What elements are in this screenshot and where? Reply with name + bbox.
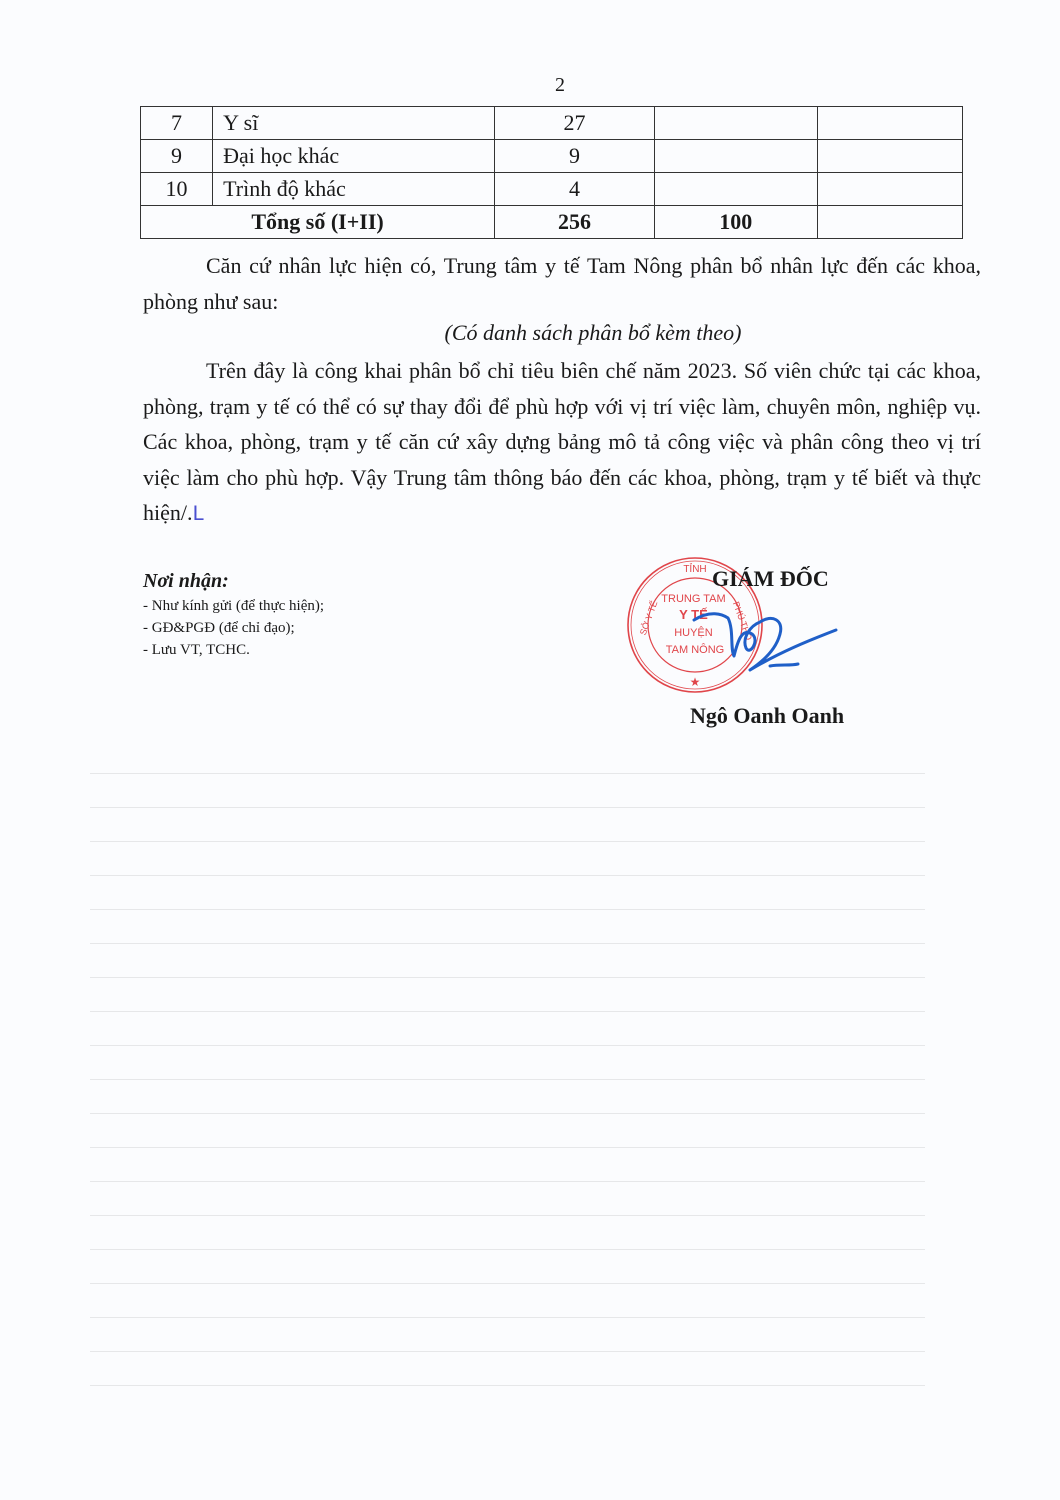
- total-note: [817, 206, 962, 239]
- handwritten-signature-icon: [690, 600, 840, 675]
- table-total-row: Tổng số (I+II) 256 100: [141, 206, 963, 239]
- row-name: Y sĩ: [213, 107, 495, 140]
- svg-text:TỈNH: TỈNH: [683, 562, 706, 575]
- recipient-item: - GĐ&PGĐ (để chỉ đạo);: [143, 617, 324, 639]
- page-number: 2: [0, 74, 1060, 97]
- svg-text:★: ★: [690, 675, 701, 689]
- handwritten-mark-icon: ᒪ: [193, 501, 204, 525]
- recipients-block: Nơi nhận: - Như kính gửi (để thực hiện);…: [143, 570, 324, 661]
- row-note: [817, 173, 962, 206]
- row-count: 9: [495, 140, 655, 173]
- total-label: Tổng số (I+II): [141, 206, 495, 239]
- row-percent: [654, 173, 817, 206]
- table-row: 10 Trình độ khác 4: [141, 173, 963, 206]
- paragraph-announcement-text: Trên đây là công khai phân bổ chỉ tiêu b…: [143, 358, 981, 525]
- total-count: 256: [495, 206, 655, 239]
- row-note: [817, 107, 962, 140]
- staff-table: 7 Y sĩ 27 9 Đại học khác 9 10 Trình độ k…: [140, 106, 963, 239]
- recipients-heading: Nơi nhận:: [143, 570, 324, 593]
- signer-name: Ngô Oanh Oanh: [690, 703, 844, 729]
- row-no: 7: [141, 107, 213, 140]
- row-count: 4: [495, 173, 655, 206]
- row-note: [817, 140, 962, 173]
- table-row: 7 Y sĩ 27: [141, 107, 963, 140]
- table-row: 9 Đại học khác 9: [141, 140, 963, 173]
- seal-left-text: SỞ Y TẾ: [637, 599, 660, 636]
- paragraph-announcement: Trên đây là công khai phân bổ chỉ tiêu b…: [143, 353, 981, 532]
- signer-title: GIÁM ĐỐC: [712, 566, 829, 592]
- svg-text:SỞ Y TẾ: SỞ Y TẾ: [637, 599, 660, 636]
- seal-top-text: TỈNH: [683, 562, 706, 575]
- row-no: 9: [141, 140, 213, 173]
- row-no: 10: [141, 173, 213, 206]
- bleed-through-table: [90, 740, 925, 1390]
- paragraph-allocation: Căn cứ nhân lực hiện có, Trung tâm y tế …: [143, 248, 981, 319]
- total-percent: 100: [654, 206, 817, 239]
- attachment-note: (Có danh sách phân bổ kèm theo): [0, 320, 1060, 346]
- row-count: 27: [495, 107, 655, 140]
- row-name: Đại học khác: [213, 140, 495, 173]
- row-percent: [654, 107, 817, 140]
- row-percent: [654, 140, 817, 173]
- recipient-item: - Như kính gửi (để thực hiện);: [143, 595, 324, 617]
- row-name: Trình độ khác: [213, 173, 495, 206]
- recipient-item: - Lưu VT, TCHC.: [143, 639, 324, 661]
